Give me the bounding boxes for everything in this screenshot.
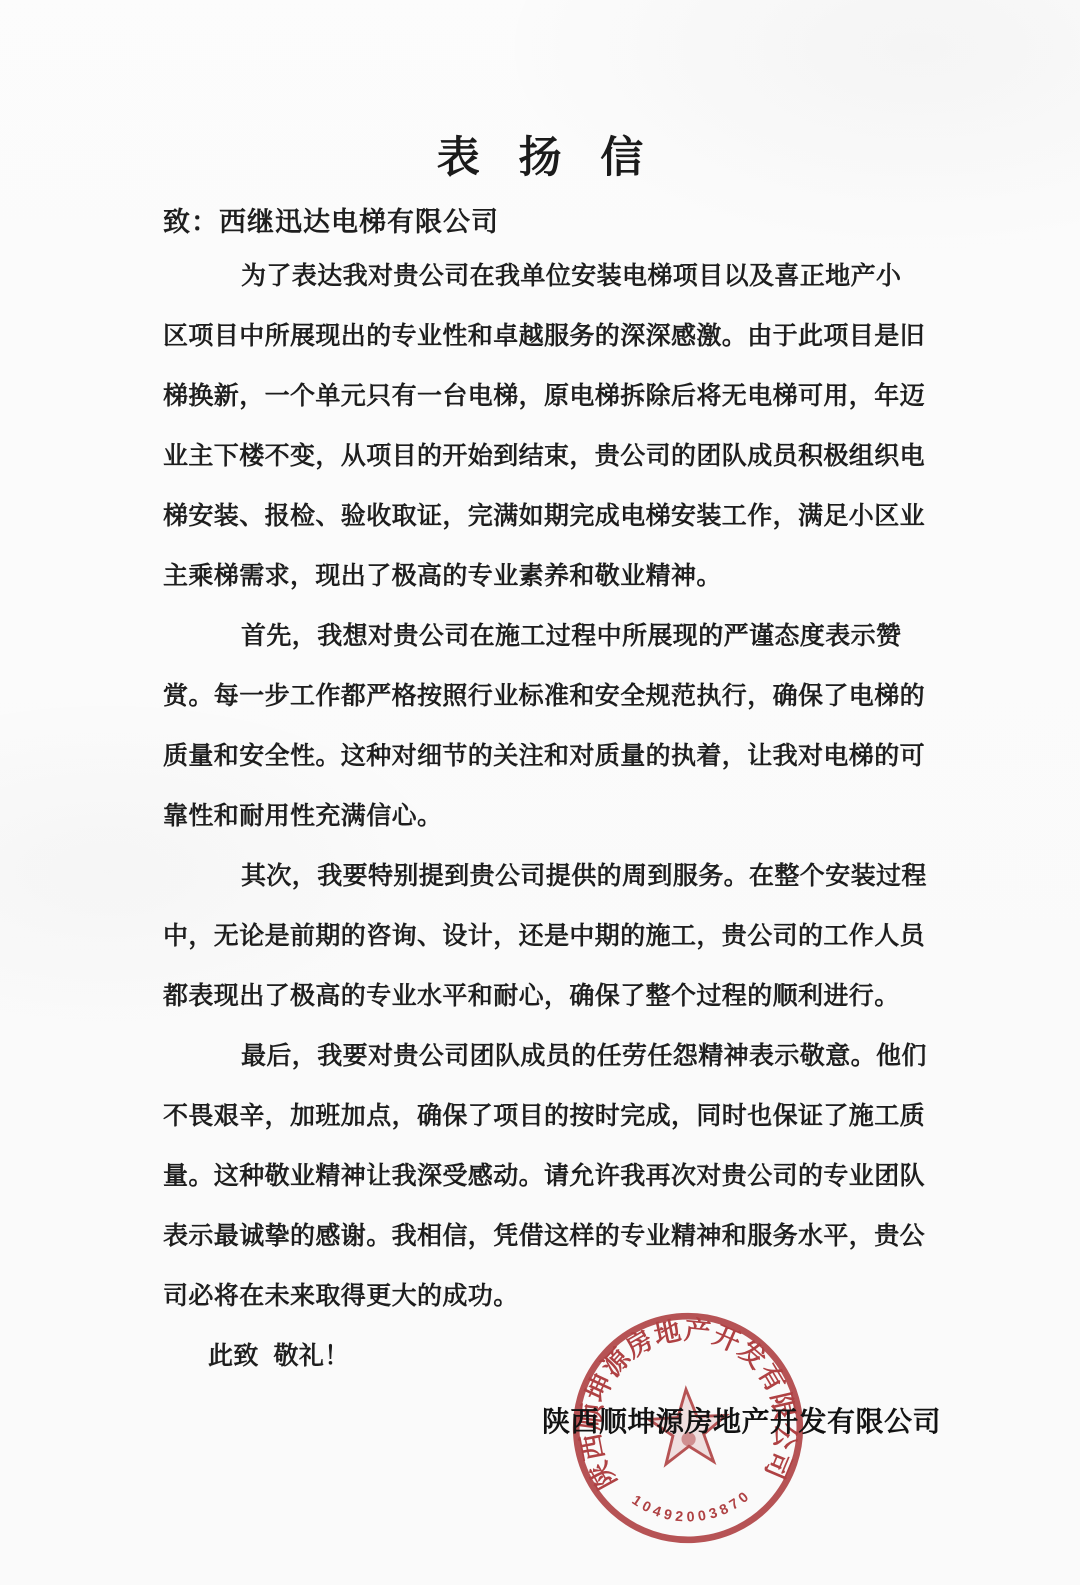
body-line: 最后，我要对贵公司团队成员的任劳任怨精神表示敬意。他们: [163, 1026, 928, 1086]
letter-title: 表 扬 信: [0, 124, 1080, 185]
body-line: 首先，我想对贵公司在施工过程中所展现的严谨态度表示赞: [163, 606, 928, 666]
body-line: 为了表达我对贵公司在我单位安装电梯项目以及喜正地产小: [163, 246, 928, 306]
body-line: 梯换新，一个单元只有一台电梯，原电梯拆除后将无电梯可用，年迈: [163, 366, 928, 426]
body-line: 主乘梯需求，现出了极高的专业素养和敬业精神。: [163, 546, 928, 606]
signature-company: 陕西顺坤源房地产开发有限公司: [542, 1400, 941, 1440]
body-line: 不畏艰辛，加班加点，确保了项目的按时完成，同时也保证了施工质: [163, 1086, 928, 1146]
letter-body: 为了表达我对贵公司在我单位安装电梯项目以及喜正地产小 区项目中所展现出的专业性和…: [163, 246, 928, 1386]
body-line: 中，无论是前期的咨询、设计，还是中期的施工，贵公司的工作人员: [163, 906, 928, 966]
recipient-line: 致：西继迅达电梯有限公司: [163, 200, 499, 239]
closing-line: 此致 敬礼！: [163, 1326, 928, 1386]
body-line: 其次，我要特别提到贵公司提供的周到服务。在整个安装过程: [163, 846, 928, 906]
body-line: 司必将在未来取得更大的成功。: [163, 1266, 928, 1326]
body-line: 表示最诚挚的感谢。我相信，凭借这样的专业精神和服务水平，贵公: [163, 1206, 928, 1266]
body-line: 梯安装、报检、验收取证，完满如期完成电梯安装工作，满足小区业: [163, 486, 928, 546]
body-line: 业主下楼不变，从项目的开始到结束，贵公司的团队成员积极组织电: [163, 426, 928, 486]
body-line: 都表现出了极高的专业水平和耐心，确保了整个过程的顺利进行。: [163, 966, 928, 1026]
body-line: 质量和安全性。这种对细节的关注和对质量的执着，让我对电梯的可: [163, 726, 928, 786]
body-line: 区项目中所展现出的专业性和卓越服务的深深感激。由于此项目是旧: [163, 306, 928, 366]
body-line: 量。这种敬业精神让我深受感动。请允许我再次对贵公司的专业团队: [163, 1146, 928, 1206]
letter-page: 表 扬 信 致：西继迅达电梯有限公司 为了表达我对贵公司在我单位安装电梯项目以及…: [0, 0, 1080, 1585]
body-line: 靠性和耐用性充满信心。: [163, 786, 928, 846]
body-line: 赏。每一步工作都严格按照行业标准和安全规范执行，确保了电梯的: [163, 666, 928, 726]
